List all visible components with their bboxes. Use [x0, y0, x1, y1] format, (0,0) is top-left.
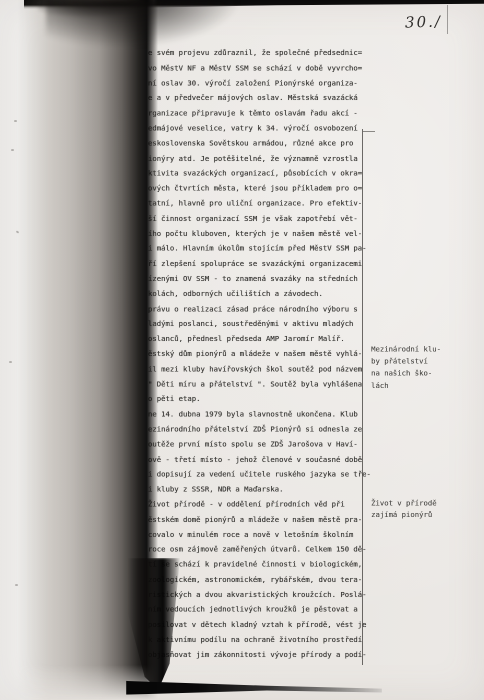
typewritten-line: roce osm zájmově zaměřených útvarů. Celk… [148, 543, 484, 558]
typewritten-line: ší činnost organizací SSM je však zapotř… [148, 212, 484, 227]
typewritten-line: ní oslav 30. výročí založení Pionýrské o… [148, 76, 484, 91]
scan-speck [14, 120, 17, 122]
typewritten-line: objasňovat jim zákonnitosti vývoje příro… [148, 648, 484, 663]
typewritten-line: rganizace připravuje k těmto oslavám řad… [148, 106, 484, 121]
scan-speck [11, 149, 14, 151]
typewritten-line: právu o realizaci zásad práce národního … [148, 302, 484, 317]
typewritten-line: ionýry atd. Je potěšitelné, že významně … [148, 151, 484, 166]
typewritten-line: ezinárodního přátelství ZDŠ Pionýrů si o… [148, 422, 484, 437]
margin-divider-rule [362, 129, 363, 665]
typewritten-line: e svém projevu zdůraznil, že společné př… [148, 46, 484, 61]
margin-note-line: Život v přírodě [371, 497, 437, 509]
typewritten-line: i dopisují za vedení učitele ruského jaz… [148, 467, 484, 482]
typewritten-line: i kluby z SSSR, NDR a Maďarska. [148, 482, 484, 497]
typewritten-line: ristických a dvou akvaristických kroužcí… [148, 588, 484, 603]
typewritten-line: tí se schází k pravidelné činnosti v bio… [148, 558, 484, 573]
typewritten-line: kolách, odborných učilištích a závodech. [148, 287, 484, 302]
typewritten-line: ových čtvrtích města, které jsou příklad… [148, 181, 484, 196]
book-gutter-shadow-top [46, 0, 241, 48]
scanned-document-page: 30./ e svém projevu zdůraznil, že společ… [0, 0, 484, 700]
typewritten-line: ří zlepšení spolupráce se svazáckými org… [148, 257, 484, 272]
typewritten-line: tatní, hlavně pro uliční organizace. Pro… [148, 196, 484, 211]
handwritten-page-number: 30./ [405, 12, 443, 31]
margin-note-line: lách [371, 380, 441, 392]
typewritten-line: outěže první místo spolu se ZDŠ Jarošova… [148, 437, 484, 452]
typewritten-line: e a v předvečer májových oslav. Městská … [148, 91, 484, 106]
margin-note-international-friendship-clubs: Mezinárodní klu-by přátelstvína našich š… [371, 344, 441, 392]
margin-note-life-in-nature: Život v přírodězajímá pionýrů [371, 497, 437, 521]
margin-note-line: zajímá pionýrů [371, 509, 437, 521]
typewritten-line: k aktivnímu podílu na ochraně životního … [148, 633, 484, 648]
typewritten-line: ově - třetí místo - jehož členové v souč… [148, 452, 484, 467]
scan-speck [15, 584, 18, 586]
typewritten-line: eskoslovenska Sovětskou armádou, různé a… [148, 136, 484, 151]
margin-note-line: Mezinárodní klu- [371, 344, 441, 356]
typewritten-line: ním vedoucích jednotlivých kroužků je pě… [148, 603, 484, 618]
scan-speck [9, 361, 12, 363]
typewritten-line: zoologickém, astronomickém, rybářském, d… [148, 573, 484, 588]
margin-note-line: by přátelství [371, 356, 441, 368]
typewritten-line: i málo. Hlavním úkolům stojícím před Měs… [148, 242, 484, 257]
typewritten-line: covalo v minulém roce a nově v letošním … [148, 527, 484, 542]
margin-note-line: na našich ško- [371, 368, 441, 380]
corner-rule-mark [447, 5, 448, 34]
typewritten-line: ladými poslanci, soustředěnými v aktivu … [148, 317, 484, 332]
typewritten-line: ne 14. dubna 1979 byla slavnostně ukonče… [148, 407, 484, 422]
typewritten-line: vo MěstV NF a MěstV SSM se schází v době… [148, 61, 484, 76]
typewritten-line: ího počtu kluboven, kterých je v našem m… [148, 227, 484, 242]
margin-divider-rule-tick [363, 131, 375, 132]
scan-bottom-edge-streak [126, 679, 382, 695]
typewritten-line: ízenými OV SSM - to znamená svazáky na s… [148, 272, 484, 287]
typewritten-line: ktivita svazáckých organizací, působícíc… [148, 166, 484, 181]
typewritten-line: edmájové veselice, vatry k 34. výročí os… [148, 121, 484, 136]
typewritten-text-block: e svém projevu zdůraznil, že společné př… [148, 46, 484, 680]
typewritten-line: posilovat v dětech kladný vztah k přírod… [148, 618, 484, 633]
typewritten-line: o pěti etap. [148, 392, 484, 407]
